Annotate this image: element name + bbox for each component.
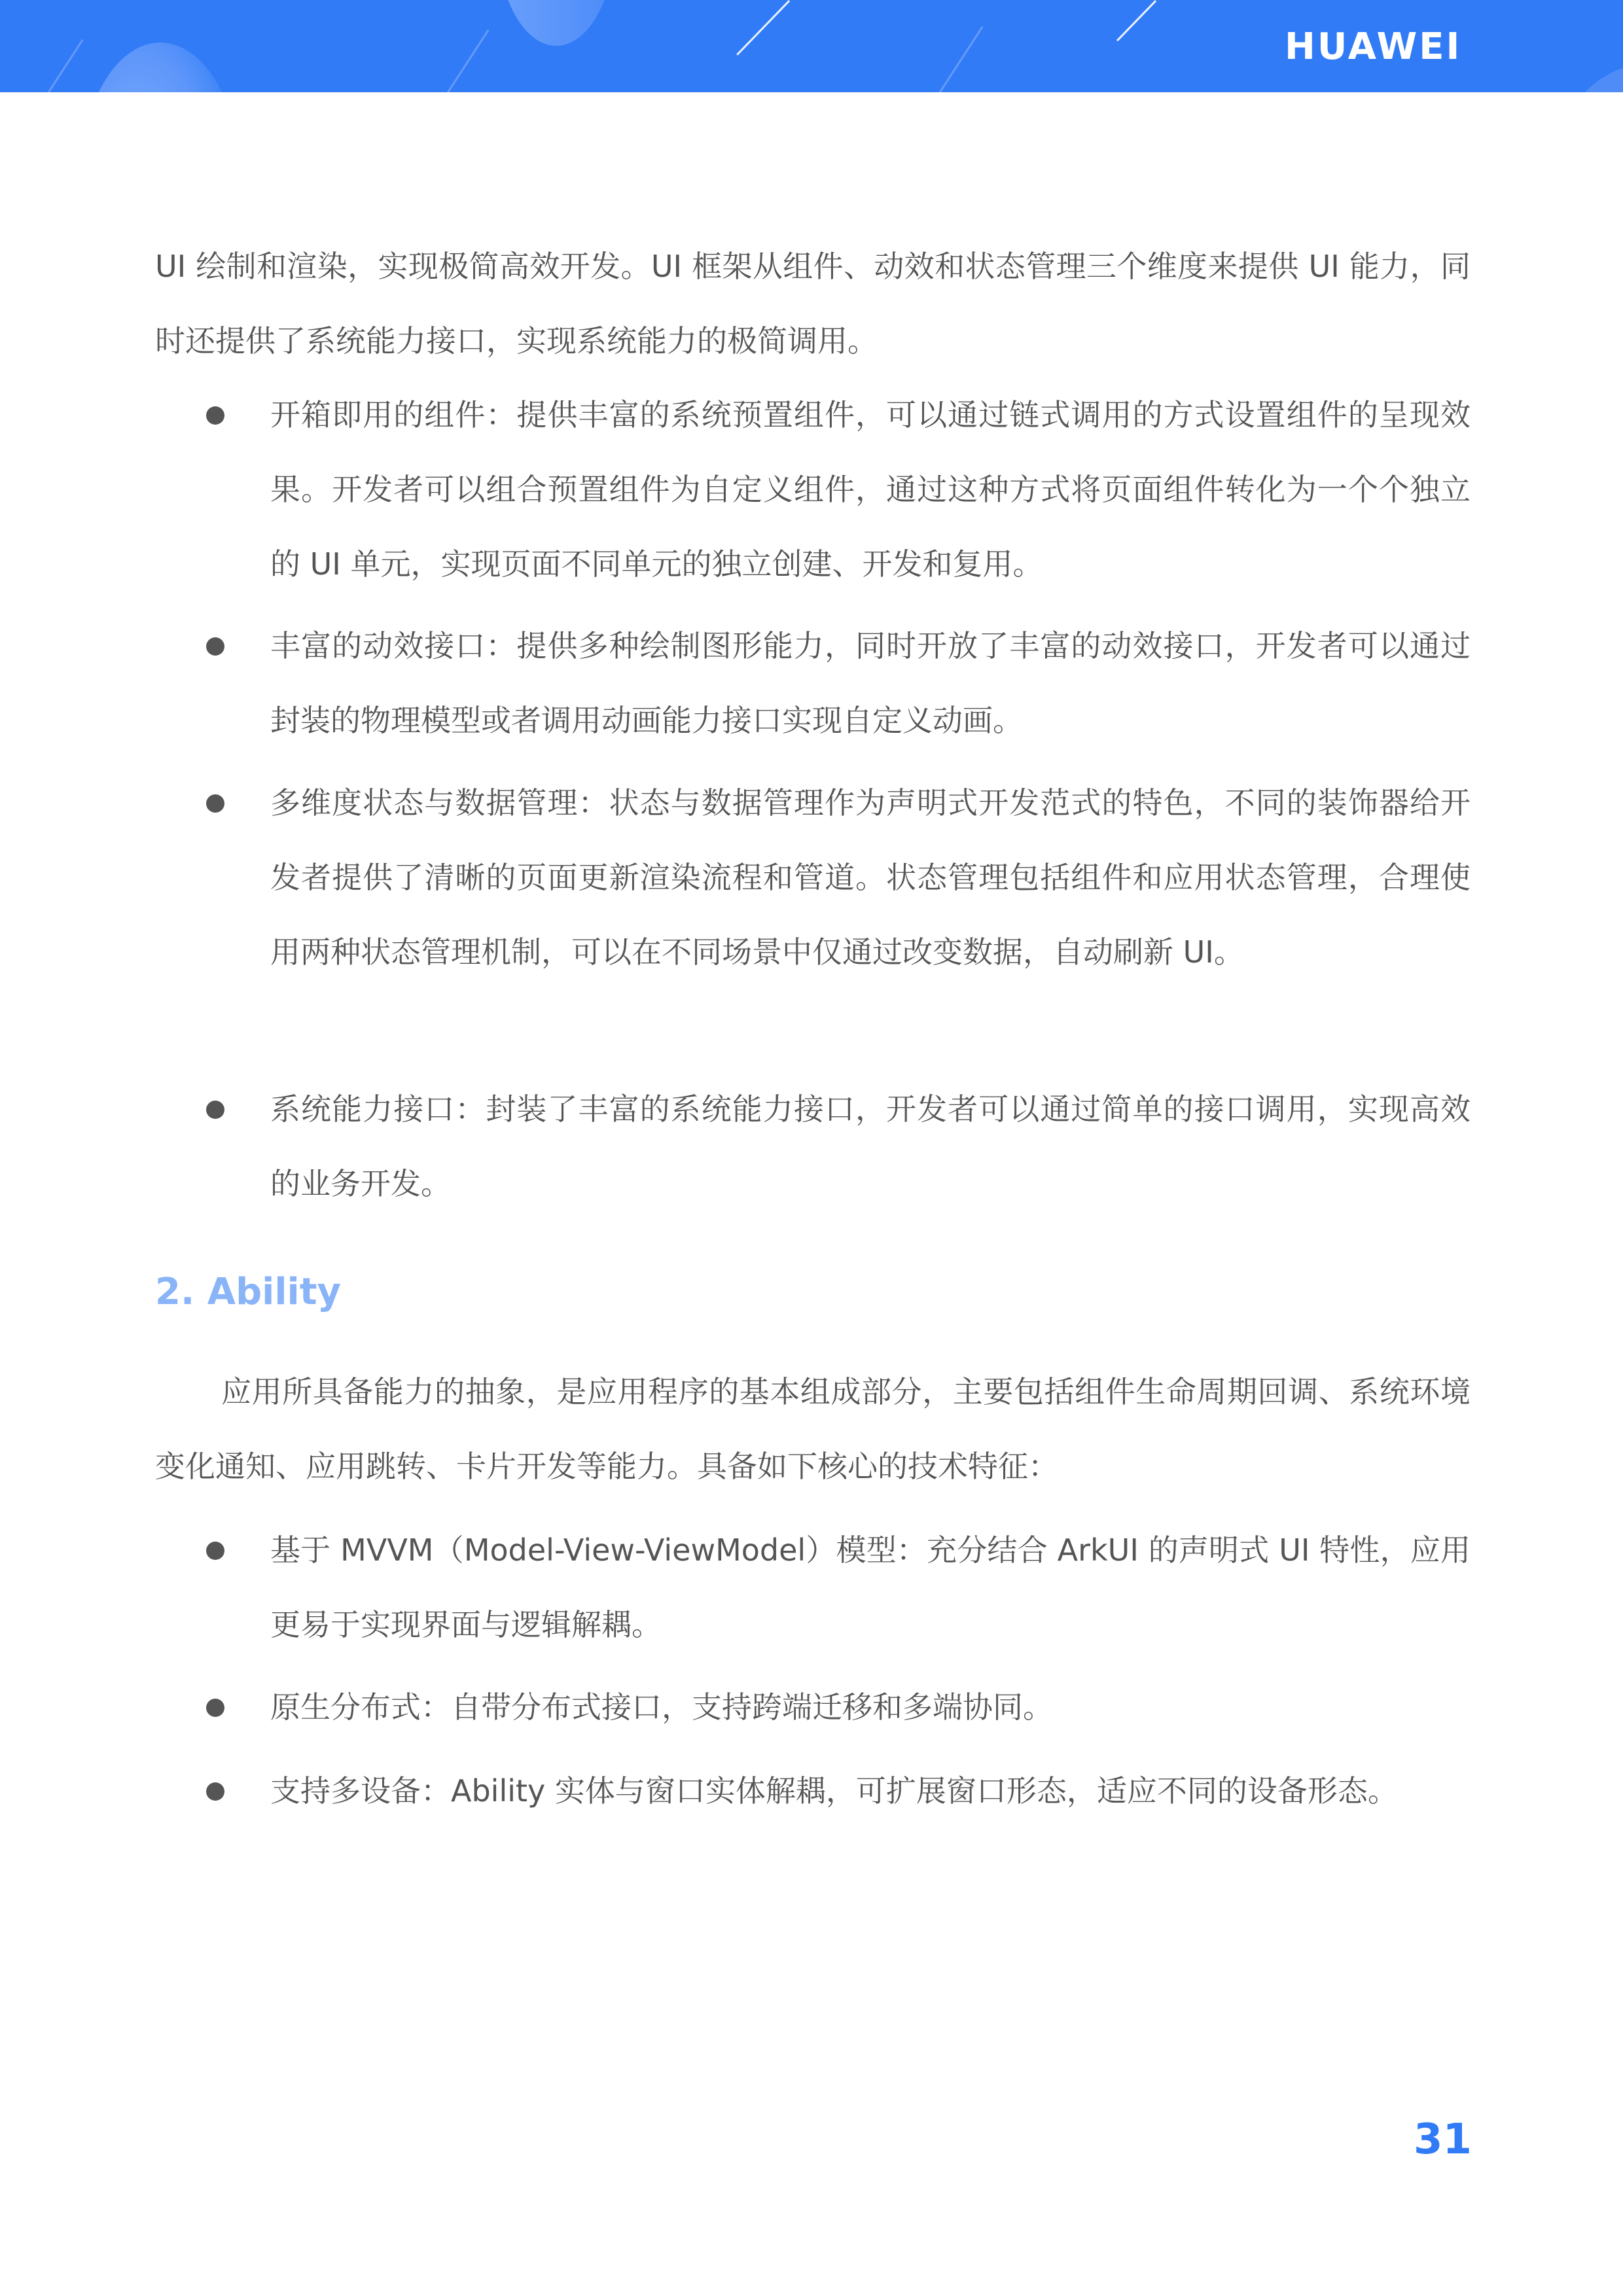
list-item-text: 支持多设备：Ability 实体与窗口实体解耦，可扩展窗口形态，适应不同的设备形… <box>270 1773 1398 1809</box>
list-item-text: 丰富的动效接口：提供多种绘制图形能力，同时开放了丰富的动效接口，开发者可以通过封… <box>270 628 1471 738</box>
list-item: 支持多设备：Ability 实体与窗口实体解耦，可扩展窗口形态，适应不同的设备形… <box>270 1754 1501 1828</box>
list-item-text: 基于 MVVM（Model-View-ViewModel）模型：充分结合 Ark… <box>270 1532 1471 1642</box>
decorative-glow-shape <box>82 43 239 92</box>
decorative-glow-shape <box>1558 62 1623 92</box>
bullet-icon <box>206 406 224 425</box>
list-item-text: 原生分布式：自带分布式接口，支持跨端迁移和多端协同。 <box>270 1689 1053 1725</box>
list-item-text: 多维度状态与数据管理：状态与数据管理作为声明式开发范式的特色，不同的装饰器给开发… <box>270 785 1471 970</box>
list-item: 多维度状态与数据管理：状态与数据管理作为声明式开发范式的特色，不同的装饰器给开发… <box>270 766 1471 989</box>
section-heading: 2. Ability <box>155 1269 341 1315</box>
bullet-icon <box>206 637 224 656</box>
huawei-logo: HUAWEI <box>1285 29 1461 65</box>
bullet-icon <box>206 794 224 813</box>
bullet-icon <box>206 1542 224 1560</box>
list-item-text: 开箱即用的组件：提供丰富的系统预置组件，可以通过链式调用的方式设置组件的呈现效果… <box>270 397 1471 582</box>
decorative-line <box>43 39 83 92</box>
intro-paragraph-ability: 应用所具备能力的抽象，是应用程序的基本组成部分，主要包括组件生命周期回调、系统环… <box>155 1354 1471 1504</box>
bullet-icon <box>206 1699 224 1717</box>
page-number: 31 <box>1414 2117 1472 2163</box>
bullet-icon <box>206 1782 224 1801</box>
header-banner: HUAWEI <box>0 0 1623 92</box>
decorative-glow-shape <box>497 0 615 46</box>
decorative-line <box>937 26 984 92</box>
list-item: 开箱即用的组件：提供丰富的系统预置组件，可以通过链式调用的方式设置组件的呈现效果… <box>270 378 1471 601</box>
list-item: 原生分布式：自带分布式接口，支持跨端迁移和多端协同。 <box>270 1670 1471 1744</box>
list-item: 基于 MVVM（Model-View-ViewModel）模型：充分结合 Ark… <box>270 1513 1471 1662</box>
list-item-text: 系统能力接口：封装了丰富的系统能力接口，开发者可以通过简单的接口调用，实现高效的… <box>270 1091 1471 1201</box>
intro-paragraph-ui: UI 绘制和渲染，实现极简高效开发。UI 框架从组件、动效和状态管理三个维度来提… <box>155 229 1471 378</box>
decorative-line <box>736 0 790 56</box>
list-item: 系统能力接口：封装了丰富的系统能力接口，开发者可以通过简单的接口调用，实现高效的… <box>270 1072 1471 1221</box>
decorative-line <box>445 29 490 92</box>
list-item: 丰富的动效接口：提供多种绘制图形能力，同时开放了丰富的动效接口，开发者可以通过封… <box>270 609 1471 758</box>
bullet-icon <box>206 1101 224 1119</box>
decorative-line <box>1116 0 1156 41</box>
